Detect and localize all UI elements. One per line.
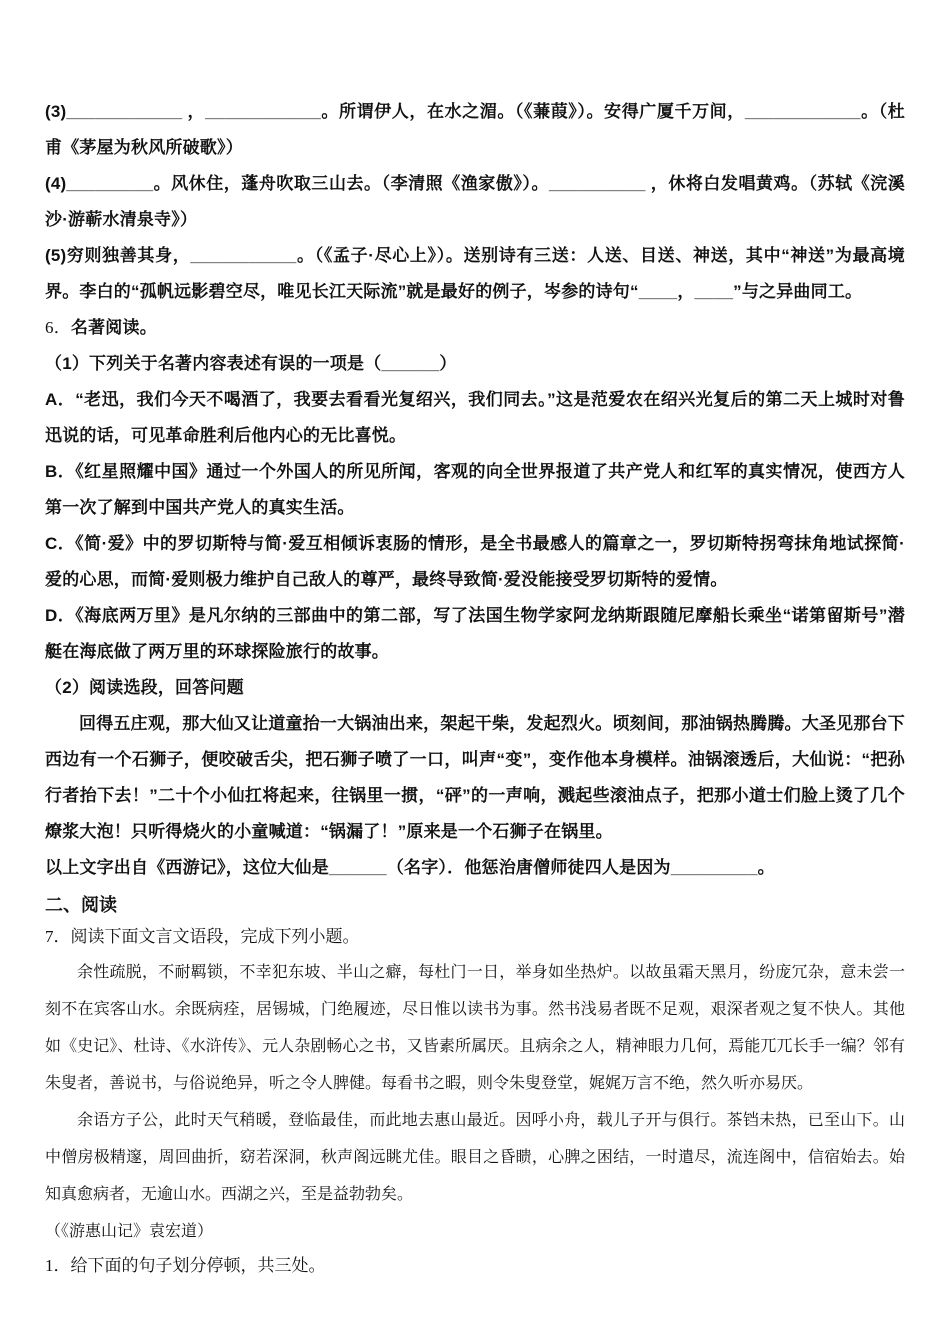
option-b: B．《红星照耀中国》通过一个外国人的所见所闻，客观的向全世界报道了共产党人和红军…: [45, 454, 905, 526]
question-6-heading: 6．名著阅读。: [45, 310, 905, 346]
novel-excerpt: 回得五庄观，那大仙又让道童抬一大锅油出来，架起干柴，发起烈火。顷刻间，那油锅热腾…: [45, 706, 905, 850]
excerpt-question: 以上文字出自《西游记》，这位大仙是______（名字）．他惩治唐僧师徒四人是因为…: [45, 850, 905, 886]
exam-document-page: (3)____________ ，____________。所谓伊人，在水之湄。…: [0, 0, 950, 1344]
question-6-title: 名著阅读。: [71, 318, 157, 337]
question-7-heading: 7．阅读下面文言文语段，完成下列小题。: [45, 920, 905, 953]
option-d: D．《海底两万里》是凡尔纳的三部曲中的第二部，写了法国生物学家阿龙纳斯跟随尼摩船…: [45, 598, 905, 670]
classical-passage-paragraph-2: 余语方子公，此时天气稍暖，登临最佳，而此地去惠山最近。因呼小舟，载儿子开与俱行。…: [45, 1101, 905, 1212]
fill-blank-question-3: (3)____________ ，____________。所谓伊人，在水之湄。…: [45, 94, 905, 166]
option-c: C．《简·爱》中的罗切斯特与简·爱互相倾诉衷肠的情形，是全书最感人的篇章之一，罗…: [45, 526, 905, 598]
passage-source: （《游惠山记》袁宏道）: [45, 1212, 905, 1249]
option-a: A．“老迅，我们今天不喝酒了，我要去看看光复绍兴，我们同去。”这是范爱农在绍兴光…: [45, 382, 905, 454]
question-6-part2: （2）阅读选段，回答问题: [45, 670, 905, 706]
fill-blank-question-4: (4)_________。风休住，蓬舟吹取三山去。（李清照《渔家傲》）。____…: [45, 166, 905, 238]
question-6-part1: （1）下列关于名著内容表述有误的一项是（______）: [45, 346, 905, 382]
question-7-sub1: 1．给下面的句子划分停顿，共三处。: [45, 1249, 905, 1282]
question-6-number: 6．: [45, 318, 71, 337]
classical-passage-paragraph-1: 余性疏脱，不耐羁锁，不幸犯东坡、半山之癖，每杜门一日，举身如坐热炉。以故虽霜天黑…: [45, 953, 905, 1101]
section-2-title: 二、阅读: [45, 890, 905, 920]
fill-blank-question-5: (5)穷则独善其身，___________。（《孟子·尽心上》）。送别诗有三送：…: [45, 238, 905, 310]
